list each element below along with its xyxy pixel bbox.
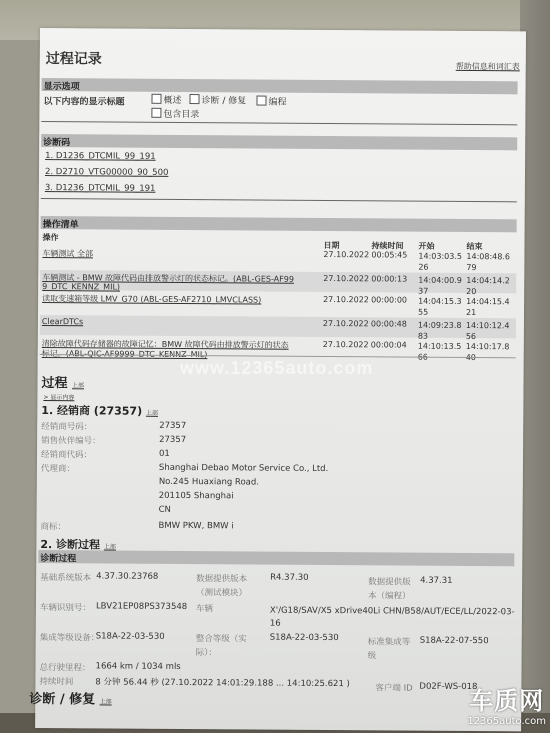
page-title: 过程记录 [46,48,102,68]
up-link[interactable]: 上部 [100,698,112,705]
dealer-field-value: BMW PKW, BMW i [158,521,233,532]
integration-actual-value: S18A-22-03-530 [270,633,339,643]
action-duration: 00:00:48 [371,319,407,328]
integration-std-label: 标准集成等级 [368,635,418,663]
action-link[interactable]: ClearDTCs [42,317,83,326]
dealer-field-value: Shanghai Debao Motor Service Co., Ltd. [159,463,328,474]
checkbox-icon [151,94,161,104]
action-link[interactable]: 读取变速箱等级 LMV_G70 (ABL-GES-AF2710_LMVCLASS… [42,293,261,306]
fault-code-link[interactable]: 2. D2710_VTG00000_90_500 [45,167,169,178]
diagnosis-process-bar [38,550,514,566]
help-glossary-link[interactable]: 帮助信息和词汇表 [456,61,520,72]
checkbox-include-toc[interactable]: 包含目录 [151,107,199,120]
dealer-field-label: 经销商代码： [41,448,92,460]
action-end: 14:04:15.421 [466,296,510,318]
watermark-text: www.12365auto.com [180,358,373,379]
divider [41,121,517,125]
integration-label: 集成等级设备： [40,631,100,643]
display-options-bar [42,78,518,94]
vehicle-label: 车辆 [196,602,213,614]
action-list-title: 操作清单 [43,217,79,230]
checkbox-icon [256,96,266,106]
checkbox-icon [151,108,161,118]
mileage-label: 总行驶里程： [39,661,90,673]
display-options-title: 显示选项 [44,79,80,92]
checkbox-programming[interactable]: 编程 [256,95,286,108]
action-date: 27.10.2022 [323,295,369,304]
dealer-field-value: No.245 Huaxiang Road. [159,477,259,488]
action-duration: 00:05:45 [371,250,407,259]
action-date: 27.10.2022 [323,340,369,349]
action-start: 14:04:15.355 [418,296,462,318]
action-duration: 00:00:04 [371,340,407,349]
action-start: 14:03:03.526 [418,251,462,273]
duration-value: 8 分钟 56.44 秒 (27.10.2022 14:01:29.188 ..… [95,675,350,689]
action-list-bar [41,216,517,232]
vin-value: LBV21EP08PS373548 [96,601,187,612]
dealer-field-label: 代理商： [41,462,75,474]
dealer-field-label: 商标： [40,520,66,532]
display-content-link[interactable]: > 显示内容 [43,392,74,401]
display-prompt: 以下内容的显示标题 [43,94,124,108]
up-link[interactable]: 上部 [146,410,158,417]
dealer-field-value: 27357 [159,421,186,431]
action-link-continued[interactable]: 9_DTC_KENNZ_MIL) [42,282,120,292]
mileage-value: 1664 km / 1034 mls [96,661,181,672]
dealer-field-label: 经销商号码： [41,420,92,432]
action-end: 14:04:14.220 [466,275,510,297]
dealer-title: 1. 经销商 (27357) 上部 [41,402,158,419]
printed-report-page: 过程记录 帮助信息和词汇表 显示选项 以下内容的显示标题 概述 诊断 / 修复 … [35,28,526,731]
data-version-test-value: R4.37.30 [270,573,308,583]
fault-code-link[interactable]: 3. D1236_DTCMIL_99_191 [45,183,156,194]
base-version-label: 基础系统版本 [40,571,91,583]
client-id-label: 客户端 ID [375,681,412,693]
site-logo: 车质网 12365auto.com [467,681,546,727]
fault-codes-title: 诊断码 [43,135,70,148]
integration-actual-label: 整合等级（实际）： [196,632,258,660]
action-start: 14:10:13.566 [418,341,462,363]
divider [41,198,517,202]
dealer-field-value: 27357 [159,435,186,445]
integration-value: S18A-22-03-530 [96,631,165,641]
action-end: 14:10:12.456 [466,320,510,342]
action-date: 27.10.2022 [323,250,369,259]
column-header-action: 操作 [42,232,58,243]
data-version-prog-value: 4.37.31 [420,576,453,586]
action-duration: 00:00:00 [371,295,407,304]
checkbox-overview[interactable]: 概述 [151,93,181,106]
action-start: 14:04:00.937 [418,275,462,297]
fault-code-link[interactable]: 1. D1236_DTCMIL_99_191 [45,151,156,162]
dealer-field-label: 销售伙伴编号： [41,434,101,446]
vehicle-value: X'/G18/SAV/X5 xDrive40Li CHN/B58/AUT/ECE… [270,605,515,633]
up-link[interactable]: 上部 [104,543,116,550]
action-duration: 00:00:13 [371,274,407,283]
vin-label: 车辆识别号： [40,601,91,613]
action-link[interactable]: 车辆测试 全部 [42,248,93,259]
dealer-field-value: 201105 Shanghai [159,491,234,502]
action-date: 27.10.2022 [323,319,369,328]
integration-std-value: S18A-22-07-550 [420,636,489,646]
data-version-test-label: 数据提供版本（测试模块） [196,572,254,600]
base-version-value: 4.37.30.23768 [96,571,158,581]
diagnosis-repair-title: 诊断 / 修复 上部 [29,688,111,708]
diagnosis-process-bar-title: 诊断过程 [40,551,76,564]
action-end: 14:10:17.840 [466,341,510,363]
checkbox-diagnosis-repair[interactable]: 诊断 / 修复 [189,93,246,106]
duration-label: 持续时间 [39,675,73,687]
fault-codes-bar [41,134,517,150]
action-start: 14:09:23.883 [418,320,462,342]
checkbox-icon [189,94,199,104]
action-date: 27.10.2022 [323,274,369,283]
dealer-field-value: 01 [159,449,170,459]
process-title: 过程 上部 [41,372,84,391]
data-version-prog-label: 数据提供版本（编程） [368,575,418,603]
up-link[interactable]: 上部 [72,382,84,389]
action-end: 14:08:48.679 [466,251,510,273]
dealer-field-value: CN [159,505,171,515]
